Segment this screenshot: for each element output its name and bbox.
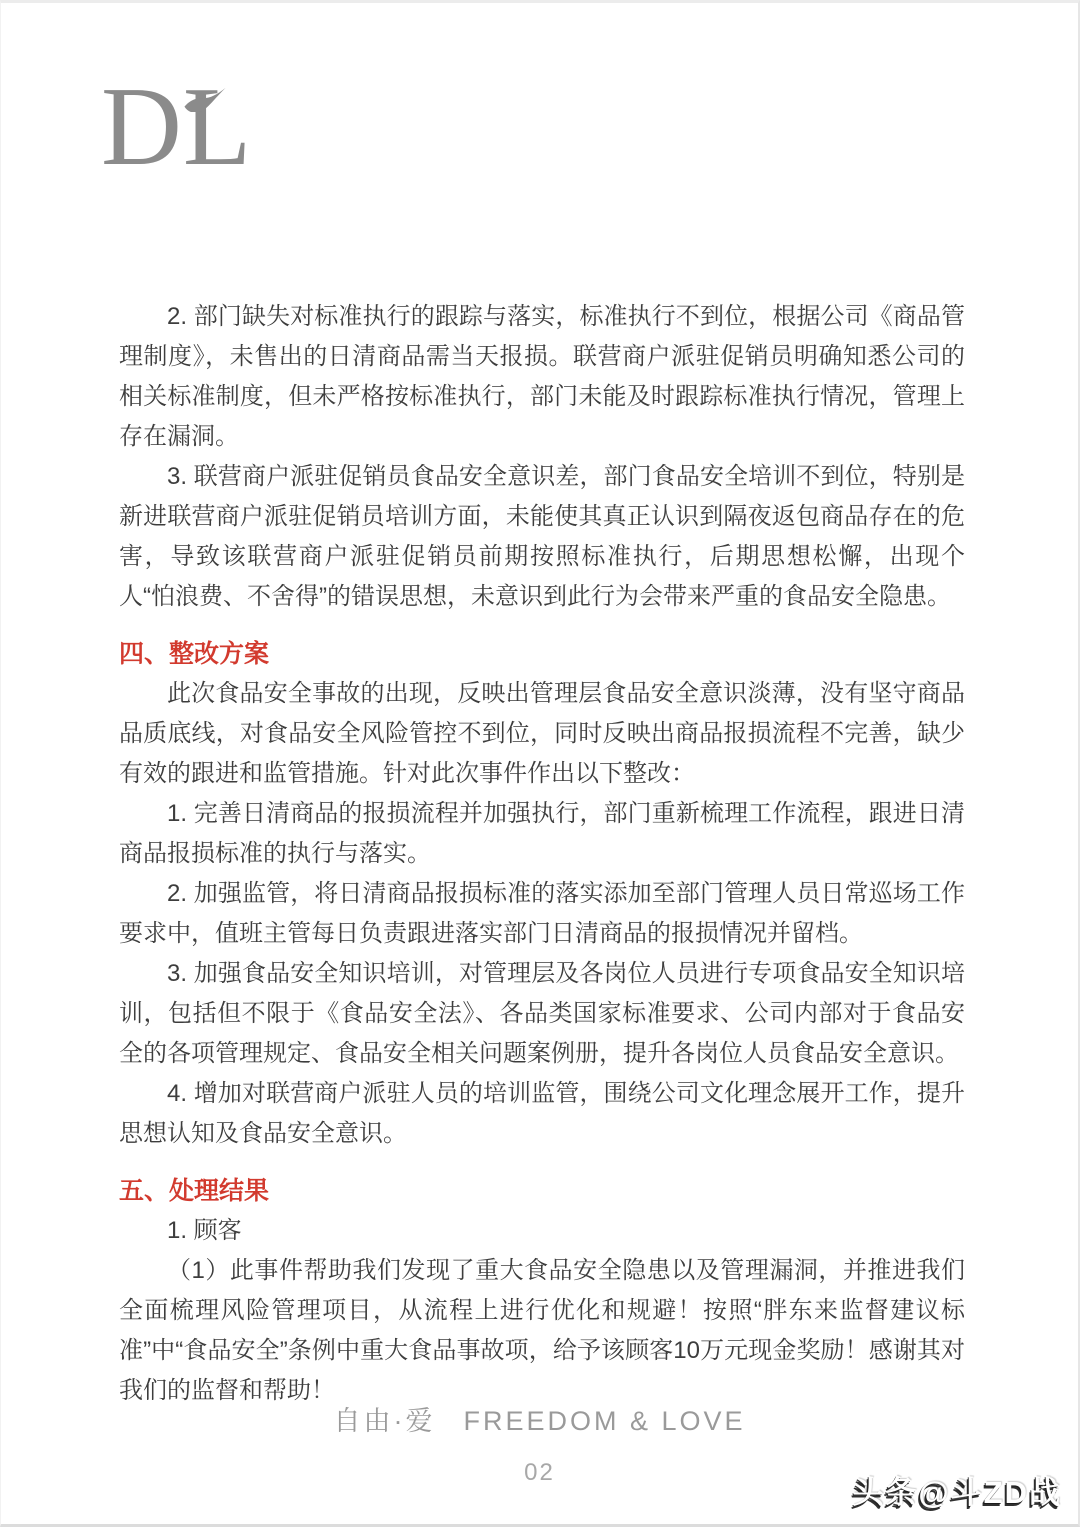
document-page: DL 2. 部门缺失对标准执行的跟踪与落实，标准执行不到位，根据公司《商品管理制…	[0, 0, 1080, 1527]
paragraph-rectification-3: 3. 加强食品安全知识培训，对管理层及各岗位人员进行专项食品安全知识培训，包括但…	[119, 954, 965, 1074]
section-heading-rectification: 四、整改方案	[119, 634, 965, 674]
logo-text: DL	[101, 71, 252, 183]
watermark-toutiao: 头条@斗ZD战	[852, 1467, 1062, 1512]
paragraph-rectification-1: 1. 完善日清商品的报损流程并加强执行，部门重新梳理工作流程，跟进日清商品报损标…	[119, 794, 965, 874]
paragraph-cause-2: 2. 部门缺失对标准执行的跟踪与落实，标准执行不到位，根据公司《商品管理制度》，…	[119, 297, 965, 457]
paragraph-result-customer-1: （1）此事件帮助我们发现了重大食品安全隐患以及管理漏洞，并推进我们全面梳理风险管…	[119, 1251, 965, 1411]
paragraph-rectification-4: 4. 增加对联营商户派驻人员的培训监管，围绕公司文化理念展开工作，提升思想认知及…	[119, 1074, 965, 1154]
footer-slogan: 自由·爱 FREEDOM & LOVE	[1, 1399, 1078, 1438]
paragraph-result-customer: 1. 顾客	[119, 1211, 965, 1251]
paragraph-rectification-2: 2. 加强监管，将日清商品报损标准的落实添加至部门管理人员日常巡场工作要求中，值…	[119, 874, 965, 954]
paragraph-rectification-intro: 此次食品安全事故的出现，反映出管理层食品安全意识淡薄，没有坚守商品品质底线，对食…	[119, 674, 965, 794]
document-body: 2. 部门缺失对标准执行的跟踪与落实，标准执行不到位，根据公司《商品管理制度》，…	[119, 297, 965, 1411]
section-heading-result: 五、处理结果	[119, 1171, 965, 1211]
footer-slogan-cn: 自由·爱	[333, 1399, 435, 1438]
paragraph-cause-3: 3. 联营商户派驻促销员食品安全意识差，部门食品安全培训不到位，特别是新进联营商…	[119, 457, 965, 617]
logo-swoosh-icon	[183, 87, 227, 112]
footer-slogan-en: FREEDOM & LOVE	[463, 1406, 745, 1437]
